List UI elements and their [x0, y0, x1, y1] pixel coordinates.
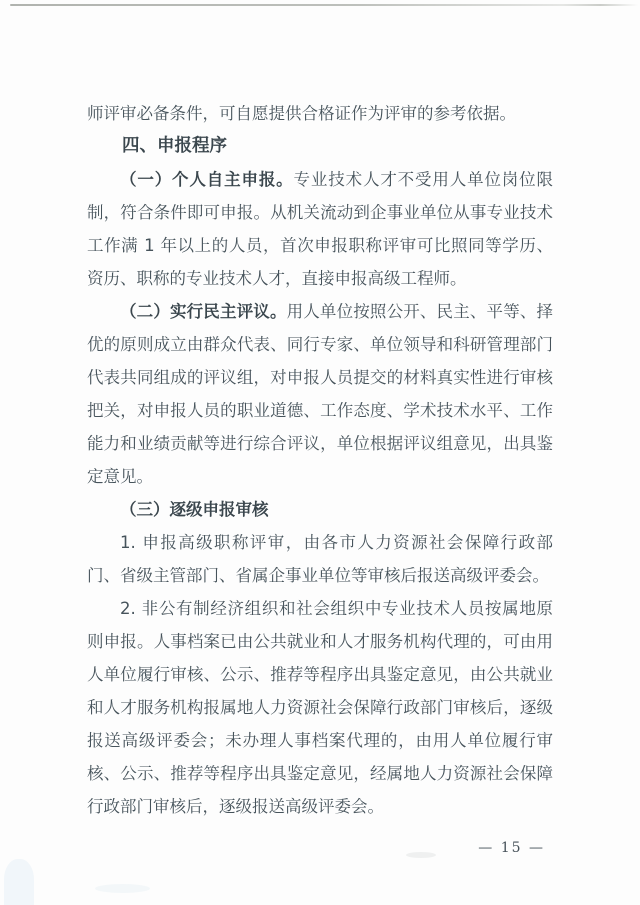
scan-artifact-top-edge [10, 4, 638, 6]
paragraph-continuation: 师评审必备条件，可自愿提供合格证作为评审的参考依据。 [87, 97, 553, 130]
paragraph-1-lead: （一）个人自主申报。 [120, 170, 294, 189]
scan-artifact-bottom-right-smudge [406, 852, 436, 858]
paragraph-2-text: 用人单位按照公开、民主、平等、择优的原则成立由群众代表、同行专家、单位领导和科研… [87, 302, 553, 486]
paragraph-2-lead: （二）实行民主评议。 [120, 302, 287, 321]
scan-artifact-bottom-left-smudge [4, 859, 34, 905]
paragraph-4-text: 1. 申报高级职称评审，由各市人力资源社会保障行政部门、省级主管部门、省属企事业… [87, 533, 553, 585]
paragraph-4: 1. 申报高级职称评审，由各市人力资源社会保障行政部门、省级主管部门、省属企事业… [87, 526, 553, 592]
scan-artifact-bottom-mid-smudge [95, 884, 150, 893]
paragraph-2: （二）实行民主评议。用人单位按照公开、民主、平等、择优的原则成立由群众代表、同行… [87, 295, 553, 493]
document-body: 师评审必备条件，可自愿提供合格证作为评审的参考依据。 四、申报程序 （一）个人自… [87, 97, 553, 823]
section-heading: 四、申报程序 [87, 130, 553, 163]
page-number: — 15 — [478, 840, 545, 856]
paragraph-1: （一）个人自主申报。专业技术人才不受用人单位岗位限制，符合条件即可申报。从机关流… [87, 163, 553, 295]
paragraph-3-subheading: （三）逐级申报审核 [87, 493, 553, 526]
document-page: 师评审必备条件，可自愿提供合格证作为评审的参考依据。 四、申报程序 （一）个人自… [0, 0, 640, 905]
paragraph-5-text: 2. 非公有制经济组织和社会组织中专业技术人员按属地原则申报。人事档案已由公共就… [87, 599, 553, 816]
paragraph-3-lead: （三）逐级申报审核 [120, 500, 269, 519]
paragraph-5: 2. 非公有制经济组织和社会组织中专业技术人员按属地原则申报。人事档案已由公共就… [87, 592, 553, 823]
